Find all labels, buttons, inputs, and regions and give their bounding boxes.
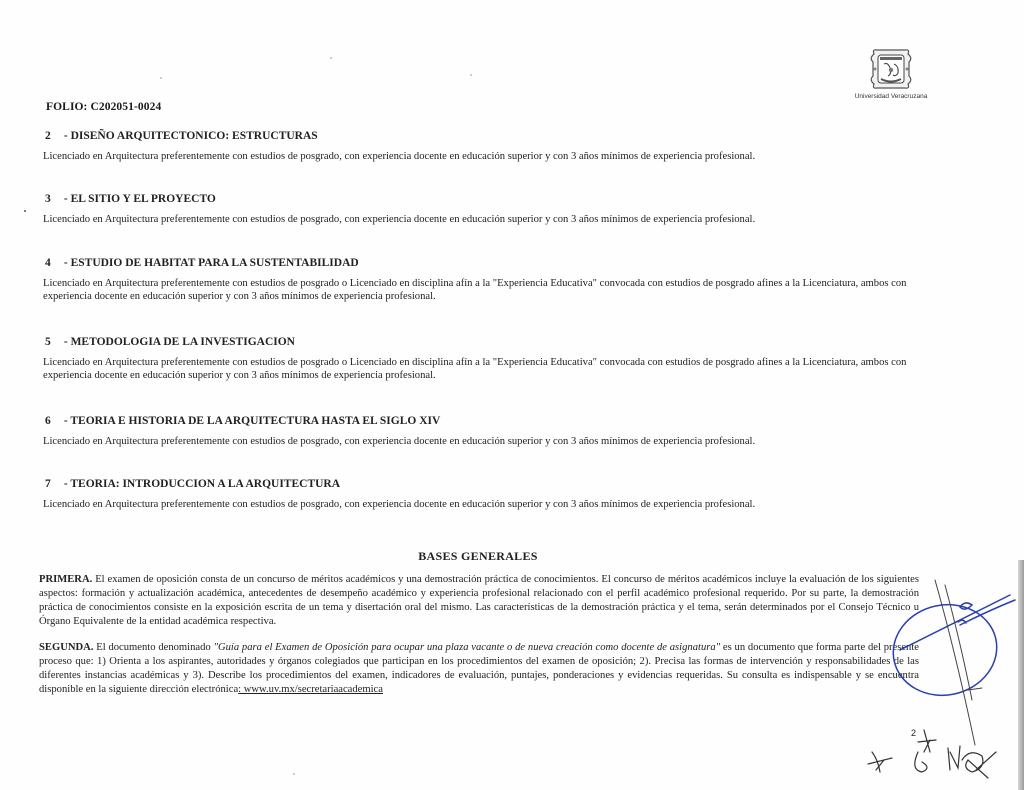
section-number: 6 xyxy=(45,415,61,427)
section-title-text: - ESTUDIO DE HABITAT PARA LA SUSTENTABIL… xyxy=(64,257,359,269)
section-title-text: - METODOLOGIA DE LA INVESTIGACION xyxy=(64,336,295,348)
section-requirements: Licenciado en Arquitectura preferentemen… xyxy=(43,498,923,511)
base-primera: PRIMERA. El examen de oposición consta d… xyxy=(39,573,919,629)
course-section-7: 7 - TEORIA: INTRODUCCION A LA ARQUITECTU… xyxy=(43,478,923,511)
section-title-text: - EL SITIO Y EL PROYECTO xyxy=(64,193,216,205)
university-logo: Universidad Veracruzana xyxy=(852,46,930,100)
section-number: 2 xyxy=(45,130,61,142)
base-segunda: SEGUNDA. El documento denominado "Guía p… xyxy=(39,641,919,697)
bases-generales-title: BASES GENERALES xyxy=(418,549,538,563)
section-number: 7 xyxy=(45,478,61,490)
section-requirements: Licenciado en Arquitectura preferentemen… xyxy=(43,277,923,303)
section-title: 3 - EL SITIO Y EL PROYECTO xyxy=(45,193,923,205)
base-primera-text: El examen de oposición consta de un conc… xyxy=(39,574,919,627)
section-number: 3 xyxy=(45,193,61,205)
section-title: 6 - TEORIA E HISTORIA DE LA ARQUITECTURA… xyxy=(45,415,923,427)
section-requirements: Licenciado en Arquitectura preferentemen… xyxy=(43,150,923,163)
section-number: 5 xyxy=(45,336,61,348)
scanned-document-page: FOLIO: C202051-0024 Universidad Veracruz… xyxy=(0,0,1024,790)
guide-document-title: "Guía para el Examen de Oposición para o… xyxy=(214,642,721,653)
secretaria-academica-link[interactable]: : www.uv.mx/secretariaacademica xyxy=(238,684,383,695)
page-number-mark: 2 xyxy=(911,728,916,738)
university-crest-icon xyxy=(868,46,914,92)
base-segunda-text-before: El documento denominado xyxy=(93,642,213,653)
scan-speck xyxy=(470,74,472,76)
course-section-2: 2 - DISEÑO ARQUITECTONICO: ESTRUCTURAS L… xyxy=(43,130,923,163)
pencil-lines xyxy=(935,580,982,745)
section-title: 4 - ESTUDIO DE HABITAT PARA LA SUSTENTAB… xyxy=(45,257,923,269)
scanner-edge-shadow xyxy=(1018,560,1024,790)
course-section-3: 3 - EL SITIO Y EL PROYECTO Licenciado en… xyxy=(43,193,923,226)
folio-number: FOLIO: C202051-0024 xyxy=(46,101,161,113)
section-requirements: Licenciado en Arquitectura preferentemen… xyxy=(43,213,923,226)
course-section-5: 5 - METODOLOGIA DE LA INVESTIGACION Lice… xyxy=(43,336,923,382)
section-title-text: - TEORIA: INTRODUCCION A LA ARQUITECTURA xyxy=(64,478,340,490)
course-section-4: 4 - ESTUDIO DE HABITAT PARA LA SUSTENTAB… xyxy=(43,257,923,303)
scan-speck xyxy=(24,210,26,212)
base-primera-label: PRIMERA. xyxy=(39,574,92,585)
section-number: 4 xyxy=(45,257,61,269)
course-section-6: 6 - TEORIA E HISTORIA DE LA ARQUITECTURA… xyxy=(43,415,923,448)
university-name: Universidad Veracruzana xyxy=(852,93,930,100)
scan-speck xyxy=(160,77,162,79)
scan-speck xyxy=(293,773,295,775)
section-title-text: - DISEÑO ARQUITECTONICO: ESTRUCTURAS xyxy=(64,130,318,142)
section-requirements: Licenciado en Arquitectura preferentemen… xyxy=(43,435,923,448)
section-requirements: Licenciado en Arquitectura preferentemen… xyxy=(43,356,923,382)
section-title-text: - TEORIA E HISTORIA DE LA ARQUITECTURA H… xyxy=(64,415,440,427)
section-title: 7 - TEORIA: INTRODUCCION A LA ARQUITECTU… xyxy=(45,478,923,490)
base-segunda-label: SEGUNDA. xyxy=(39,642,93,653)
section-title: 5 - METODOLOGIA DE LA INVESTIGACION xyxy=(45,336,923,348)
scan-speck xyxy=(330,57,332,59)
handwritten-initials xyxy=(868,730,996,778)
section-title: 2 - DISEÑO ARQUITECTONICO: ESTRUCTURAS xyxy=(45,130,923,142)
bases-generales-heading: BASES GENERALES xyxy=(0,549,960,564)
